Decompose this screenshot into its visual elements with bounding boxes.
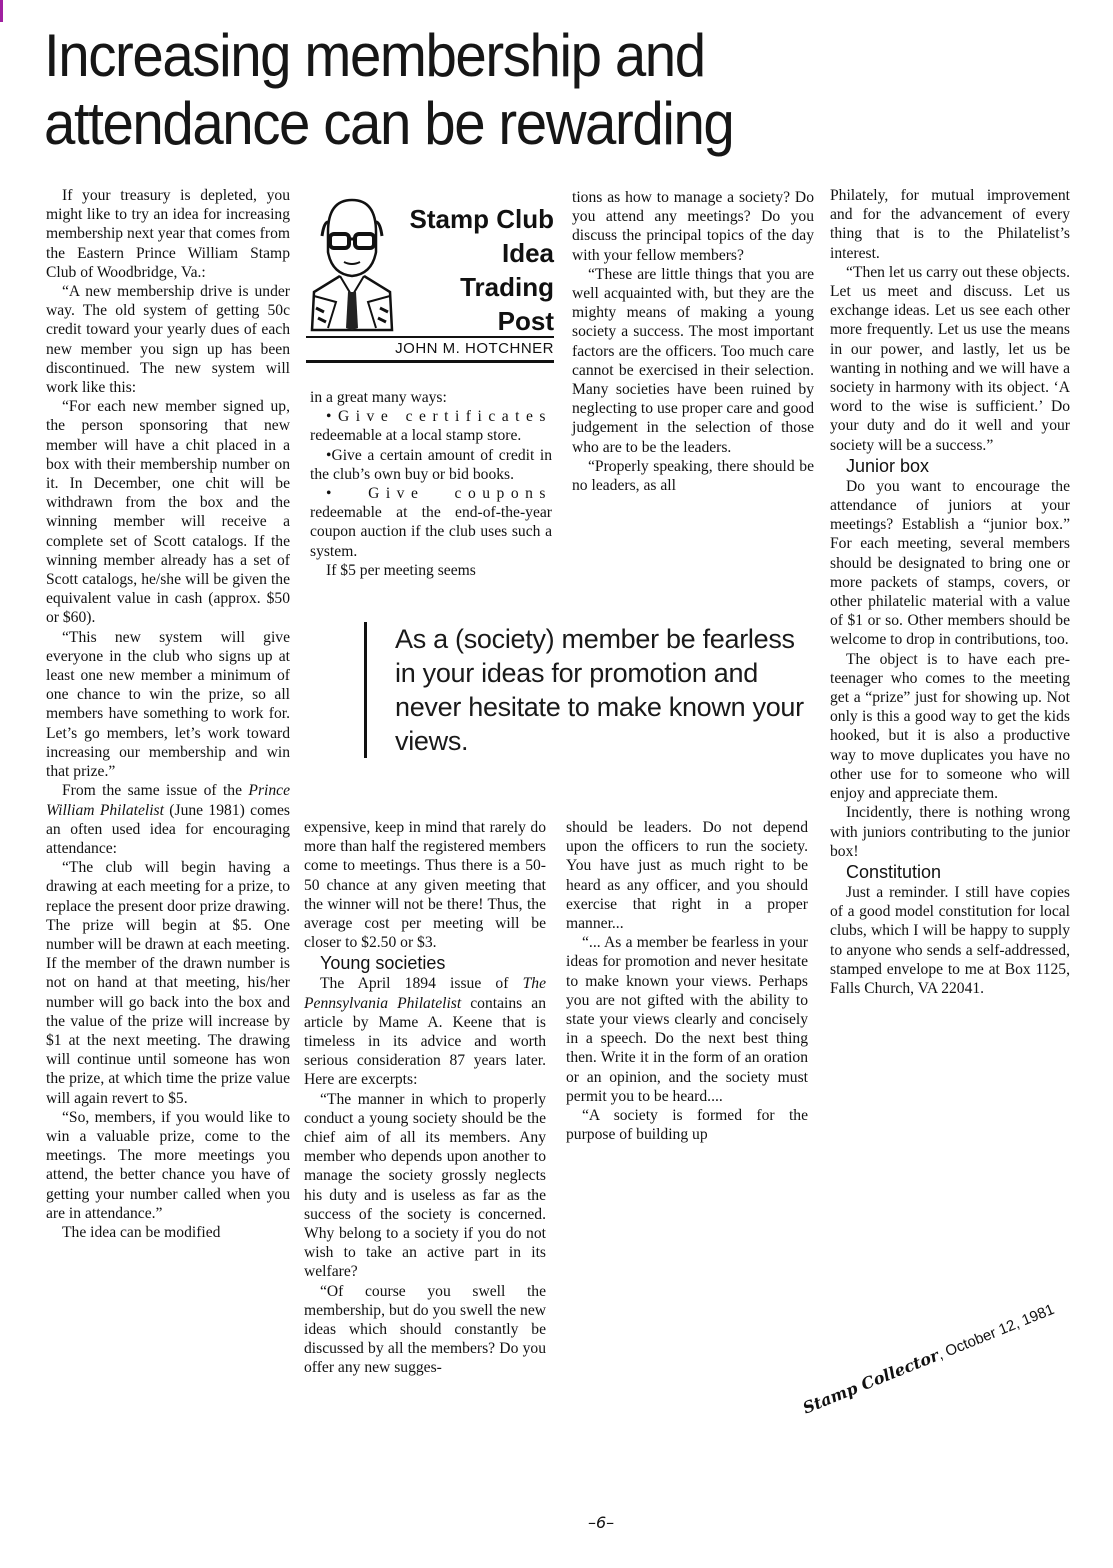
paragraph: “The manner in which to properly conduct…	[304, 1090, 546, 1282]
paragraph: expensive, keep in mind that rarely do m…	[304, 818, 546, 952]
pull-quote: As a (society) member be fearless in you…	[364, 622, 815, 758]
paragraph: “Of course you swell the membership, but…	[304, 1282, 546, 1378]
paragraph: Do you want to encourage the attendance …	[830, 477, 1070, 650]
paragraph: “A new membership drive is under way. Th…	[46, 282, 290, 397]
publication-name: Stamp Collector	[800, 1346, 942, 1418]
paragraph: tions as how to manage a society? Do you…	[572, 188, 814, 265]
article-headline: Increasing membership and attendance can…	[44, 22, 871, 158]
paragraph: From the same issue of the Prince Willia…	[46, 781, 290, 858]
subheading-young-societies: Young societies	[304, 952, 546, 974]
scan-edge-mark	[0, 0, 3, 22]
article-column-1: If your treasury is depleted, you might …	[46, 186, 290, 1242]
paragraph: “A society is formed for the purpose of …	[566, 1106, 808, 1144]
paragraph: Just a reminder. I still have copies of …	[830, 883, 1070, 998]
author-byline: JOHN M. HOTCHNER	[395, 340, 554, 357]
column-title: Stamp Club Idea Trading Post	[410, 202, 554, 338]
column-header: Stamp Club Idea Trading Post JOHN M. HOT…	[306, 192, 554, 362]
article-column-3-upper: tions as how to manage a society? Do you…	[572, 188, 814, 495]
publication-date: , October 12, 1981	[935, 1301, 1057, 1363]
paragraph: in a great many ways:	[310, 388, 552, 407]
paragraph: “Then let us carry out these objects. Le…	[830, 263, 1070, 455]
paragraph: should be leaders. Do not depend upon th…	[566, 818, 808, 933]
paragraph: “These are little things that you are we…	[572, 265, 814, 457]
paragraph: If $5 per meeting seems	[310, 561, 552, 580]
subheading-constitution: Constitution	[830, 861, 1070, 883]
bullet-item: •Give a certain amount of credit in the …	[310, 446, 552, 484]
paragraph: The idea can be modified	[46, 1223, 290, 1242]
paragraph: “Properly speaking, there should be no l…	[572, 457, 814, 495]
subheading-junior-box: Junior box	[830, 455, 1070, 477]
paragraph: Incidently, there is nothing wrong with …	[830, 803, 1070, 861]
article-column-2-lower: expensive, keep in mind that rarely do m…	[304, 818, 546, 1378]
source-annotation: Stamp Collector, October 12, 1981	[800, 1299, 1057, 1417]
article-column-3-lower: should be leaders. Do not depend upon th…	[566, 818, 808, 1144]
paragraph: “The club will begin having a drawing at…	[46, 858, 290, 1108]
bullet-item: •Give certificates redeemable at a local…	[310, 407, 552, 445]
paragraph: “For each new member signed up, the pers…	[46, 397, 290, 627]
paragraph: “This new system will give everyone in t…	[46, 628, 290, 782]
bullet-item: • Give coupons redeemable at the end-of-…	[310, 484, 552, 561]
divider	[306, 336, 554, 338]
paragraph: The April 1894 issue of The Pennsylvania…	[304, 974, 546, 1089]
divider	[306, 360, 554, 363]
paragraph: “... As a member be fearless in your ide…	[566, 933, 808, 1106]
article-column-2-upper: in a great many ways: •Give certificates…	[310, 388, 552, 580]
author-portrait-icon	[306, 192, 398, 334]
paragraph: “So, members, if you would like to win a…	[46, 1108, 290, 1223]
paragraph: The object is to have each pre-teenager …	[830, 650, 1070, 804]
page-number: –6–	[588, 1513, 614, 1532]
paragraph: If your treasury is depleted, you might …	[46, 186, 290, 282]
paragraph: Philately, for mutual improvement and fo…	[830, 186, 1070, 263]
article-column-4: Philately, for mutual improvement and fo…	[830, 186, 1070, 998]
